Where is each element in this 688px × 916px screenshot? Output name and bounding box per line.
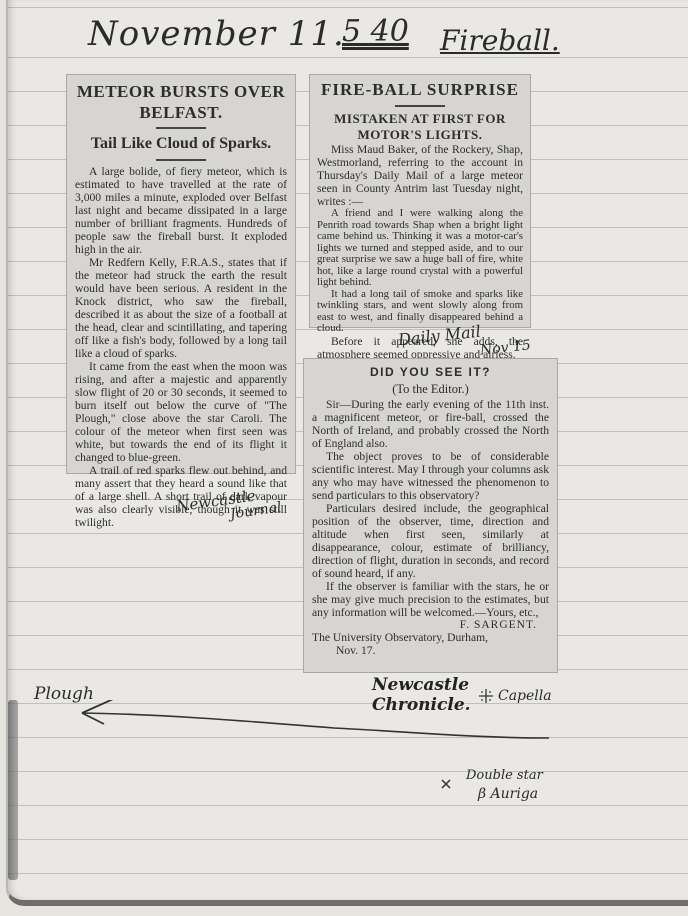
letter-date: Nov. 17. <box>312 644 549 657</box>
handwritten-time: 5 40 <box>342 14 409 49</box>
clipping-title: DID YOU SEE IT? <box>312 363 549 381</box>
spine-stain <box>8 700 18 880</box>
paragraph: The object proves to be of considerable … <box>312 450 549 502</box>
paragraph: A large bolide, of fiery meteor, which i… <box>75 165 287 256</box>
paragraph: If the observer is familiar with the sta… <box>312 580 549 619</box>
paragraph: It came from the east when the moon was … <box>75 360 287 464</box>
star-beta-auriga-icon <box>440 778 452 790</box>
paragraph: A friend and I were walking along the Pe… <box>317 208 523 289</box>
sketch-label-capella: Capella <box>498 688 552 704</box>
paragraph: Mr Redfern Kelly, F.R.A.S., states that … <box>75 256 287 360</box>
address: The University Observatory, Durham, <box>312 632 549 644</box>
clipping-subtitle: (To the Editor.) <box>312 381 549 398</box>
handwritten-subject: Fireball. <box>440 24 560 57</box>
intro-paragraph: Miss Maud Baker, of the Rockery, Shap, W… <box>317 143 523 208</box>
divider <box>156 127 206 129</box>
clipping-subtitle: Tail Like Cloud of Sparks. <box>75 133 287 155</box>
paragraph: Particulars desired include, the geograp… <box>312 502 549 580</box>
clipping-title: METEOR BURSTS OVER BELFAST. <box>75 81 287 123</box>
divider <box>395 105 445 107</box>
handwritten-date: November 11. <box>88 14 345 54</box>
clipping-fireball-surprise: FIRE-BALL SURPRISE MISTAKEN AT FIRST FOR… <box>309 74 531 328</box>
clipping-did-you-see-it: DID YOU SEE IT? (To the Editor.) Sir—Dur… <box>303 358 558 673</box>
sketch-label-double-star: Double star <box>466 768 543 783</box>
clipping-title: FIRE-BALL SURPRISE <box>317 79 523 101</box>
star-capella-icon <box>478 688 494 704</box>
divider <box>156 159 206 161</box>
meteor-path-arrow-icon <box>74 700 564 750</box>
clipping-belfast: METEOR BURSTS OVER BELFAST. Tail Like Cl… <box>66 74 296 474</box>
clipping-subtitle: MISTAKEN AT FIRST FOR MOTOR'S LIGHTS. <box>317 111 523 143</box>
paragraph: Sir—During the early evening of the 11th… <box>312 398 549 450</box>
sketch-label-beta-auriga: β Auriga <box>478 786 538 802</box>
